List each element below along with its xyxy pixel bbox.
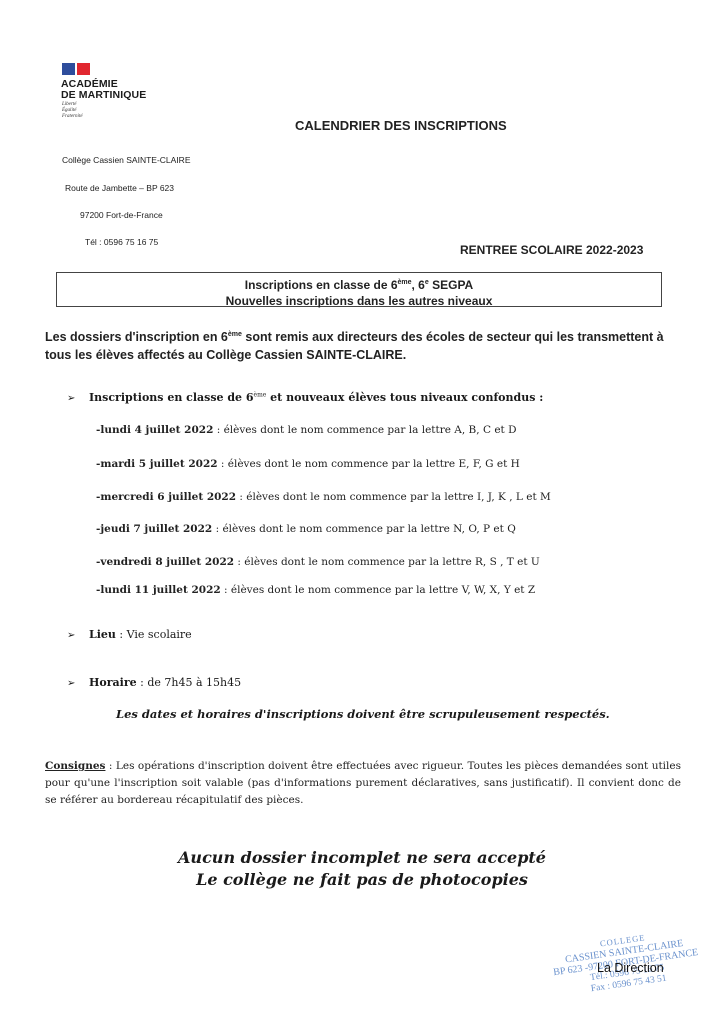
consignes-paragraph: Consignes : Les opérations d'inscription… [45, 758, 681, 809]
school-year: RENTREE SCOLAIRE 2022-2023 [460, 243, 643, 257]
schedule-item: -lundi 11 juillet 2022 : élèves dont le … [96, 584, 535, 596]
school-city: 97200 Fort-de-France [80, 210, 163, 220]
location-line: ➢Lieu : Vie scolaire [67, 628, 192, 641]
school-phone: Tél : 0596 75 16 75 [85, 237, 158, 247]
inscriptions-box: Inscriptions en classe de 6ème, 6e SEGPA… [56, 272, 662, 307]
arrow-bullet-icon: ➢ [67, 678, 89, 689]
marianne-flag-logo [62, 63, 90, 75]
arrow-bullet-icon: ➢ [67, 630, 89, 641]
signature: La Direction [597, 961, 664, 975]
box-line-2: Nouvelles inscriptions dans les autres n… [57, 293, 661, 309]
schedule-item: -lundi 4 juillet 2022 : élèves dont le n… [96, 424, 517, 436]
document-title: CALENDRIER DES INSCRIPTIONS [295, 118, 507, 133]
arrow-bullet-icon: ➢ [67, 393, 89, 404]
intro-paragraph: Les dossiers d'inscription en 6ème sont … [45, 326, 685, 364]
flag-blue-block [62, 63, 75, 75]
flag-red-block [77, 63, 90, 75]
republic-motto: Liberté Égalité Fraternité [62, 102, 83, 120]
schedule-item: -mercredi 6 juillet 2022 : élèves dont l… [96, 491, 551, 503]
schedule-item: -vendredi 8 juillet 2022 : élèves dont l… [96, 556, 540, 568]
inscriptions-heading: ➢Inscriptions en classe de 6ème et nouve… [67, 391, 543, 404]
incomplete-notice: Aucun dossier incomplet ne sera accepté [0, 847, 724, 869]
academie-name: ACADÉMIE DE MARTINIQUE [61, 79, 146, 101]
school-address: Route de Jambette – BP 623 [65, 183, 174, 193]
hours-line: ➢Horaire : de 7h45 à 15h45 [67, 676, 241, 689]
schedule-item: -mardi 5 juillet 2022 : élèves dont le n… [96, 458, 520, 470]
box-line-1: Inscriptions en classe de 6ème, 6e SEGPA [57, 275, 661, 293]
dates-warning: Les dates et horaires d'inscriptions doi… [116, 707, 610, 721]
school-name: Collège Cassien SAINTE-CLAIRE [62, 155, 191, 165]
schedule-item: -jeudi 7 juillet 2022 : élèves dont le n… [96, 523, 516, 535]
photocopy-notice: Le collège ne fait pas de photocopies [0, 869, 724, 891]
